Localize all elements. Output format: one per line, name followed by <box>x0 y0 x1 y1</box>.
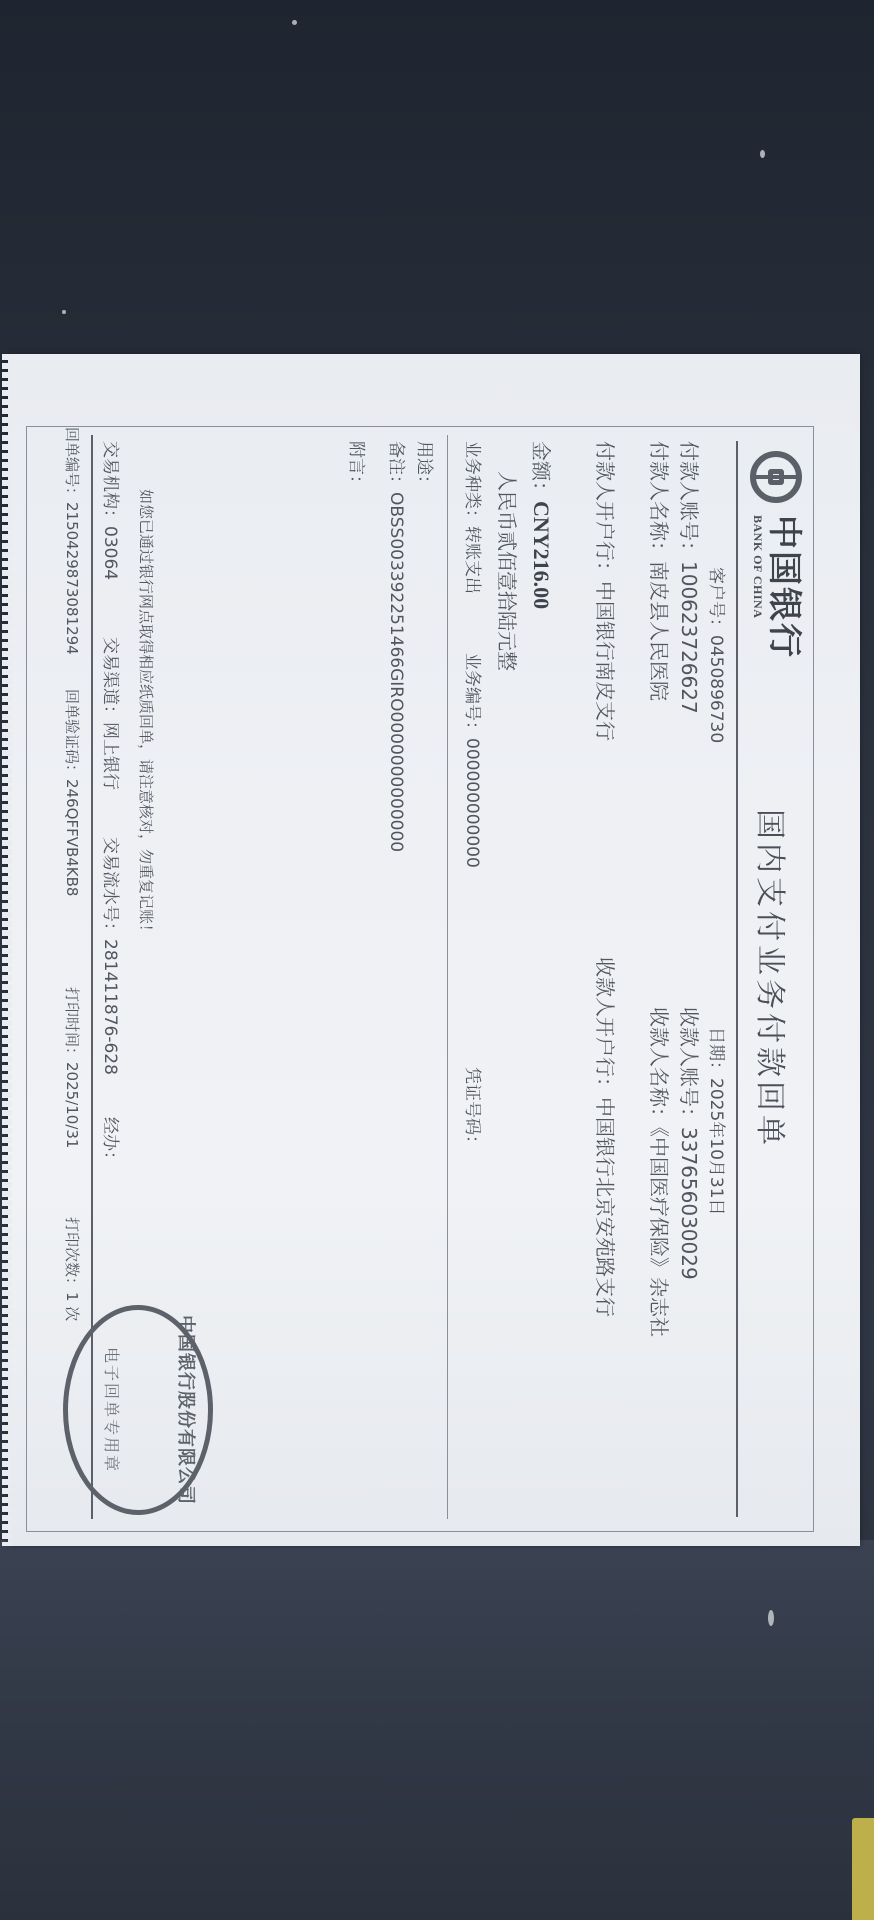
receipt-no: 回单编号：2150429873081294 <box>62 427 83 655</box>
amount-value: CNY216.00 <box>529 501 554 609</box>
yellow-object <box>852 1818 874 1920</box>
print-count: 打印次数：1 次 <box>62 1217 83 1321</box>
dust-speck <box>768 1610 774 1626</box>
stamp-ring-text: 中国银行股份有限公司 <box>174 1310 200 1510</box>
remark: 备注：OBSS003392251466GIRO0000000000000 <box>386 441 411 852</box>
payee-account: 收款人账号：337656030029 <box>676 1007 705 1280</box>
voucher-no: 凭证号码： <box>462 1067 487 1152</box>
postscript: 附言： <box>346 441 371 492</box>
notice: 如您已通过银行网点取得相应纸质回单，请注意核对，勿重复记账！ <box>136 489 157 939</box>
receipt-frame: 中国银行 BANK OF CHINA 国内支付业务付款回单 客户号：045089… <box>26 426 814 1532</box>
amount-words: 人民币贰佰壹拾陆元整 <box>494 471 523 671</box>
divider <box>736 441 738 1517</box>
divider <box>447 435 448 1519</box>
print-time: 打印时间：2025/10/31 <box>62 987 83 1148</box>
payee-name: 收款人名称：《中国医疗保险》杂志社 <box>646 1007 675 1337</box>
payee-bank: 收款人开户行：中国银行北京安苑路支行 <box>592 957 621 1317</box>
customer-no: 客户号：0450896730 <box>706 567 731 743</box>
transaction-serial: 交易流水号：281411876-628 <box>100 837 125 1075</box>
stamp-center-text: 电子回单专用章 <box>101 1310 124 1510</box>
payer-bank: 付款人开户行：中国银行南皮支行 <box>592 441 621 741</box>
dust-speck <box>62 310 66 314</box>
payment-receipt: 中国银行 BANK OF CHINA 国内支付业务付款回单 客户号：045089… <box>8 354 860 1546</box>
purpose: 用途： <box>414 441 439 492</box>
handler: 经办： <box>100 1117 125 1168</box>
verify-code: 回单验证码：246QFFVB4KB8 <box>62 689 83 896</box>
business-no: 业务编号：000000000000 <box>462 653 487 868</box>
transaction-org: 交易机构：03064 <box>100 441 125 580</box>
amount-label: 金额： <box>529 441 553 501</box>
business-type: 业务种类：转账支出 <box>462 441 487 594</box>
dust-speck <box>292 20 297 25</box>
table-surface <box>0 1540 874 1920</box>
receipt-title: 国内支付业务付款回单 <box>751 427 795 1531</box>
bank-seal-stamp: 中国银行股份有限公司 电子回单专用章 <box>63 1305 213 1515</box>
amount-row: 金额：CNY216.00 <box>528 441 557 609</box>
transaction-channel: 交易渠道：网上银行 <box>100 637 125 790</box>
payer-account: 付款人账号：100623726627 <box>676 441 705 714</box>
date: 日期：2025年10月31日 <box>706 1027 731 1216</box>
dust-speck <box>760 150 765 158</box>
torn-edge <box>2 354 12 1546</box>
payer-name: 付款人名称：南皮县人民医院 <box>646 441 675 701</box>
